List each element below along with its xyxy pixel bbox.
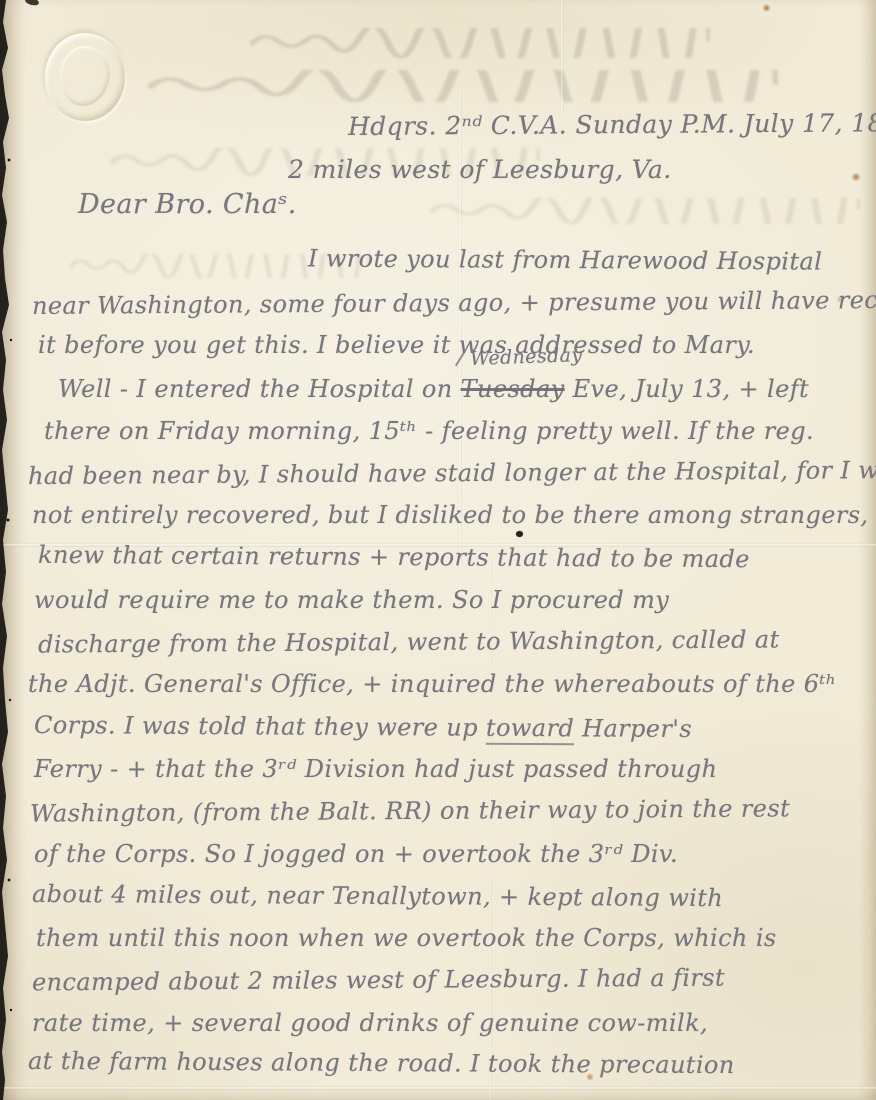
body-line: Ferry - + that the 3ʳᵈ Division had just…: [34, 752, 717, 786]
seal-relief-figure: [60, 46, 110, 106]
body-line: there on Friday morning, 15ᵗʰ - feeling …: [44, 414, 814, 448]
fold-crease-horizontal: [0, 1086, 876, 1090]
struck-word: Tuesday: [461, 375, 565, 403]
salutation: Dear Bro. Chaˢ.: [78, 188, 297, 222]
body-line: not entirely recovered, but I disliked t…: [32, 498, 876, 532]
edit-line-post: Eve, July 13, + left: [565, 375, 809, 403]
body-line: Washington, (from the Balt. RR) on their…: [30, 791, 790, 830]
left-torn-paper-edge: [0, 0, 14, 1100]
bleedthrough-writing: [430, 198, 860, 224]
body-line: discharge from the Hospital, went to Was…: [38, 622, 780, 661]
ink-blot-dot: [516, 531, 523, 537]
foxing-stain: [762, 4, 771, 12]
letter-page: Hdqrs. 2ⁿᵈ C.V.A. Sunday P.M. July 17, 1…: [0, 0, 876, 1100]
edit-line-pre: Well - I entered the Hospital on: [58, 375, 461, 403]
underlined-word: toward: [486, 714, 574, 746]
body-line-with-edit: Well - I entered the Hospital on Tuesday…: [58, 372, 809, 406]
toward-line-pre: Corps. I was told that they were up: [34, 711, 486, 742]
body-line: the Adjt. General's Office, + inquired t…: [28, 667, 837, 701]
body-line: them until this noon when we overtook th…: [36, 921, 777, 955]
body-line: of the Corps. So I jogged on + overtook …: [34, 837, 678, 871]
fold-crease-vertical: [560, 0, 564, 112]
bleedthrough-writing: [250, 28, 710, 58]
paper-edge-speck: [24, 0, 39, 7]
embossed-oval-seal-icon: [45, 33, 125, 121]
inserted-word: Wednesday: [470, 345, 583, 369]
heading-dateline: Hdqrs. 2ⁿᵈ C.V.A. Sunday P.M. July 17, 1…: [348, 106, 876, 144]
body-line: had been near by, I should have staid lo…: [28, 453, 876, 493]
foxing-stain: [851, 172, 861, 182]
body-line: about 4 miles out, near Tenallytown, + k…: [32, 877, 723, 915]
body-line: knew that certain returns + reports that…: [38, 538, 750, 576]
heading-location: 2 miles west of Leesburg, Va.: [288, 153, 672, 187]
toward-line-post: Harper's: [574, 714, 692, 743]
body-line-with-underline: Corps. I was told that they were up towa…: [34, 708, 692, 746]
bleedthrough-writing: [148, 70, 778, 102]
body-line: I wrote you last from Harewood Hospital: [308, 241, 822, 278]
body-line: near Washington, some four days ago, + p…: [32, 283, 876, 323]
body-line: would require me to make them. So I proc…: [34, 583, 669, 617]
body-line: it before you get this. I believe it was…: [38, 328, 755, 362]
body-line: rate time, + several good drinks of genu…: [32, 1006, 708, 1040]
body-line: at the farm houses along the road. I too…: [28, 1044, 735, 1082]
body-line: encamped about 2 miles west of Leesburg.…: [32, 961, 725, 1000]
